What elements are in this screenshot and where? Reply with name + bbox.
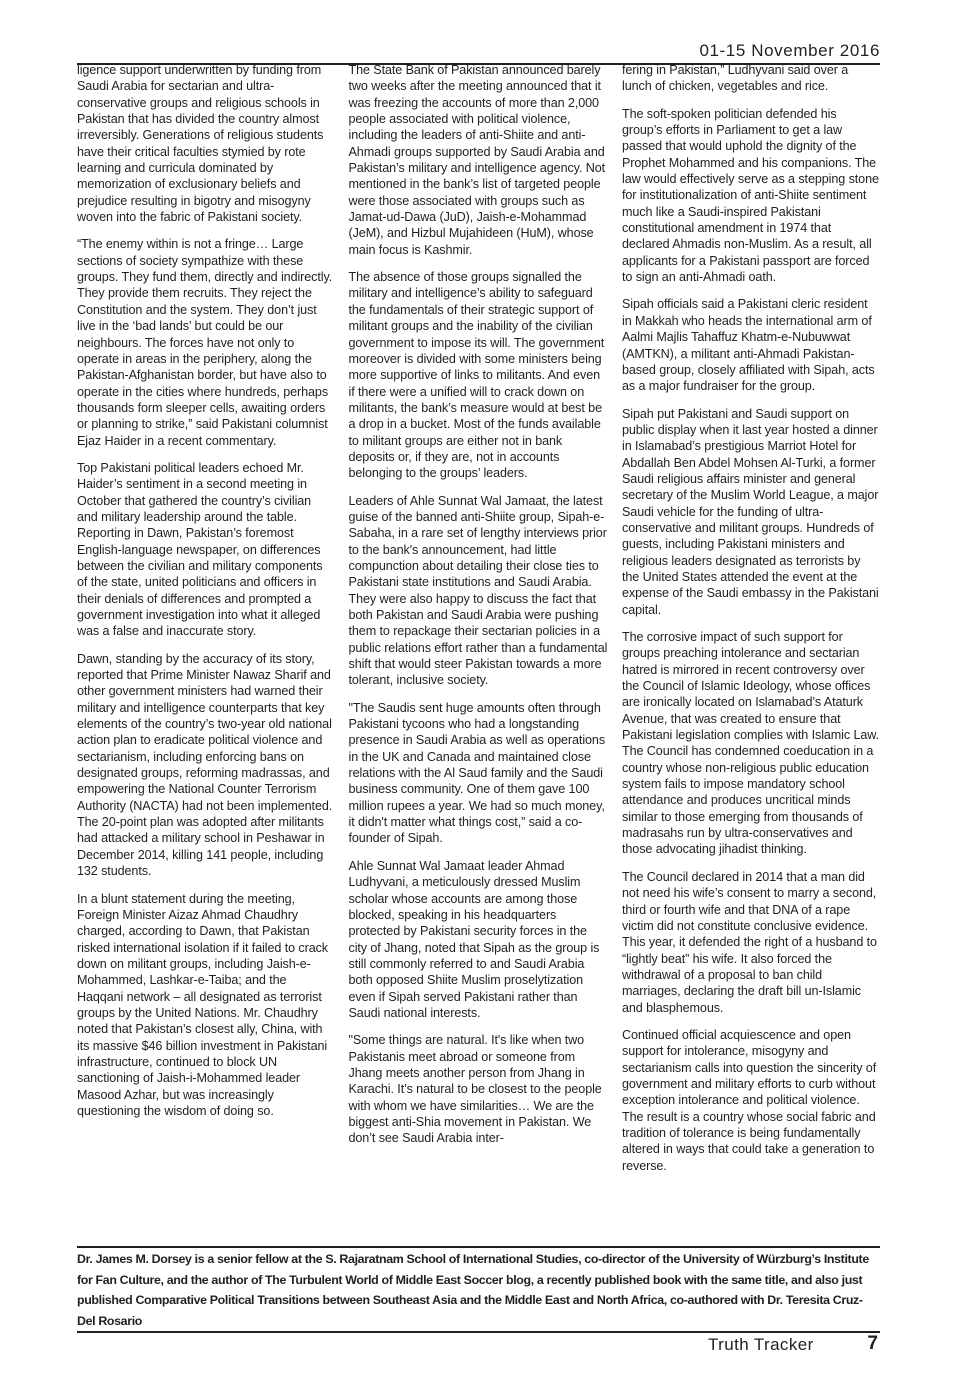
bio-rule-top <box>77 1246 880 1248</box>
paragraph: Dawn, standing by the accuracy of its st… <box>77 651 335 880</box>
paragraph: Top Pakistani political leaders echoed M… <box>77 460 335 640</box>
paragraph: “The enemy within is not a fringe… Large… <box>77 236 335 448</box>
paragraph: Sipah put Pakistani and Saudi support on… <box>622 406 880 618</box>
publication-name: Truth Tracker <box>708 1335 814 1355</box>
column-1: ligence support underwritten by funding … <box>77 62 335 1185</box>
paragraph: Ahle Sunnat Wal Jamaat leader Ahmad Ludh… <box>349 858 609 1021</box>
paragraph: The absence of those groups signalled th… <box>349 269 609 481</box>
paragraph: The soft-spoken politician defended his … <box>622 106 880 286</box>
paragraph: "Some things are natural. It's like when… <box>349 1032 609 1146</box>
paragraph: The corrosive impact of such support for… <box>622 629 880 858</box>
paragraph: Sipah officials said a Pakistani cleric … <box>622 296 880 394</box>
paragraph: The State Bank of Pakistan announced bar… <box>349 62 609 258</box>
column-3: fering in Pakistan,” Ludhyvani said over… <box>622 62 880 1185</box>
paragraph: The Council declared in 2014 that a man … <box>622 869 880 1016</box>
issue-date: 01-15 November 2016 <box>699 41 880 61</box>
article-body: ligence support underwritten by funding … <box>77 62 880 1185</box>
paragraph: "The Saudis sent huge amounts often thro… <box>349 700 609 847</box>
column-2: The State Bank of Pakistan announced bar… <box>349 62 609 1185</box>
page-number: 7 <box>867 1333 878 1355</box>
footer-rule <box>77 1331 880 1333</box>
author-bio: Dr. James M. Dorsey is a senior fellow a… <box>77 1249 880 1331</box>
paragraph: Leaders of Ahle Sunnat Wal Jamaat, the l… <box>349 493 609 689</box>
paragraph: In a blunt statement during the meeting,… <box>77 891 335 1120</box>
paragraph: fering in Pakistan,” Ludhyvani said over… <box>622 62 880 95</box>
paragraph: ligence support underwritten by funding … <box>77 62 335 225</box>
paragraph: Continued official acquiescence and open… <box>622 1027 880 1174</box>
